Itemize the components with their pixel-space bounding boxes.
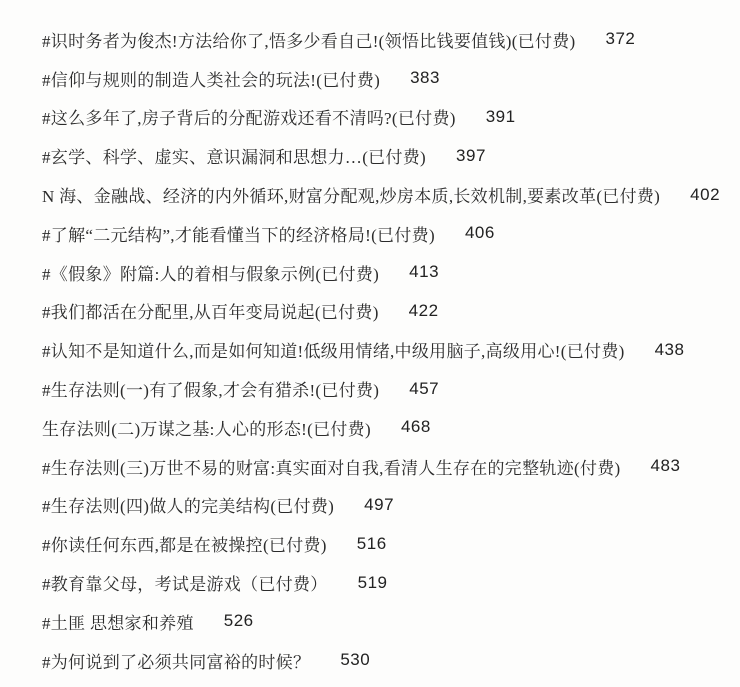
play-count: 397: [456, 146, 486, 166]
episode-title: #信仰与规则的制造人类社会的玩法!(已付费): [42, 66, 380, 91]
list-item[interactable]: #《假象》附篇:人的着相与假象示例(已付费) 413: [42, 253, 726, 292]
episode-title: #为何说到了必须共同富裕的时候？: [42, 648, 310, 673]
list-item[interactable]: #我们都活在分配里,从百年变局说起(已付费) 422: [42, 292, 726, 331]
list-item[interactable]: #生存法则(一)有了假象,才会有猎杀!(已付费) 457: [42, 369, 726, 408]
episode-title: N 海、金融战、经济的内外循环,财富分配观,炒房本质,长效机制,要素改革(已付费…: [42, 182, 660, 207]
list-item[interactable]: #你读任何东西,都是在被操控(已付费) 516: [42, 524, 726, 563]
play-count: 391: [486, 107, 516, 127]
episode-title: 生存法则(二)万谋之基:人心的形态!(已付费): [42, 415, 371, 440]
play-count: 422: [409, 301, 439, 321]
list-item[interactable]: #玄学、科学、虚实、意识漏洞和思想力…(已付费) 397: [42, 136, 726, 175]
list-item[interactable]: #土匪 思想家和养殖 526: [42, 602, 726, 641]
episode-title: #认知不是知道什么,而是如何知道!低级用情绪,中级用脑子,高级用心!(已付费): [42, 337, 625, 362]
play-count: 383: [410, 68, 440, 88]
episode-title: #你读任何东西,都是在被操控(已付费): [42, 531, 327, 556]
episode-title: #识时务者为俊杰!方法给你了,悟多少看自己!(领悟比钱要值钱)(已付费): [42, 27, 576, 52]
episode-title: #教育靠父母，考试是游戏（已付费）: [42, 570, 328, 595]
play-count: 526: [224, 611, 254, 631]
episode-list: #识时务者为俊杰!方法给你了,悟多少看自己!(领悟比钱要值钱)(已付费) 372…: [0, 0, 740, 687]
play-count: 468: [401, 417, 431, 437]
play-count: 519: [358, 573, 388, 593]
play-count: 483: [651, 456, 681, 476]
play-count: 406: [465, 223, 495, 243]
episode-title: #我们都活在分配里,从百年变局说起(已付费): [42, 298, 379, 323]
episode-title: #土匪 思想家和养殖: [42, 609, 194, 634]
episode-title: #这么多年了,房子背后的分配游戏还看不清吗?(已付费): [42, 104, 456, 129]
episode-title: #《假象》附篇:人的着相与假象示例(已付费): [42, 260, 379, 285]
play-count: 530: [340, 650, 370, 670]
play-count: 457: [409, 379, 439, 399]
play-count: 438: [655, 340, 685, 360]
list-item[interactable]: #为何说到了必须共同富裕的时候？ 530: [42, 641, 726, 680]
list-item[interactable]: #识时务者为俊杰!方法给你了,悟多少看自己!(领悟比钱要值钱)(已付费) 372: [42, 20, 726, 59]
list-item[interactable]: #认知不是知道什么,而是如何知道!低级用情绪,中级用脑子,高级用心!(已付费) …: [42, 330, 726, 369]
episode-title: #生存法则(四)做人的完美结构(已付费): [42, 492, 334, 517]
play-count: 402: [690, 185, 720, 205]
episode-title: #生存法则(一)有了假象,才会有猎杀!(已付费): [42, 376, 379, 401]
play-count: 497: [364, 495, 394, 515]
list-item[interactable]: #教育靠父母，考试是游戏（已付费） 519: [42, 563, 726, 602]
list-item[interactable]: #这么多年了,房子背后的分配游戏还看不清吗?(已付费) 391: [42, 98, 726, 137]
episode-title: #了解“二元结构”,才能看懂当下的经济格局!(已付费): [42, 221, 435, 246]
list-item[interactable]: N 海、金融战、经济的内外循环,财富分配观,炒房本质,长效机制,要素改革(已付费…: [42, 175, 726, 214]
list-item[interactable]: #了解“二元结构”,才能看懂当下的经济格局!(已付费) 406: [42, 214, 726, 253]
play-count: 372: [606, 29, 636, 49]
play-count: 516: [357, 534, 387, 554]
list-item[interactable]: #生存法则(三)万世不易的财富:真实面对自我,看清人生存在的完整轨迹(付费) 4…: [42, 447, 726, 486]
list-item[interactable]: #信仰与规则的制造人类社会的玩法!(已付费) 383: [42, 59, 726, 98]
play-count: 413: [409, 262, 439, 282]
episode-title: #生存法则(三)万世不易的财富:真实面对自我,看清人生存在的完整轨迹(付费): [42, 454, 621, 479]
list-item[interactable]: 生存法则(二)万谋之基:人心的形态!(已付费) 468: [42, 408, 726, 447]
episode-title: #玄学、科学、虚实、意识漏洞和思想力…(已付费): [42, 143, 426, 168]
list-item[interactable]: #生存法则(四)做人的完美结构(已付费) 497: [42, 486, 726, 525]
